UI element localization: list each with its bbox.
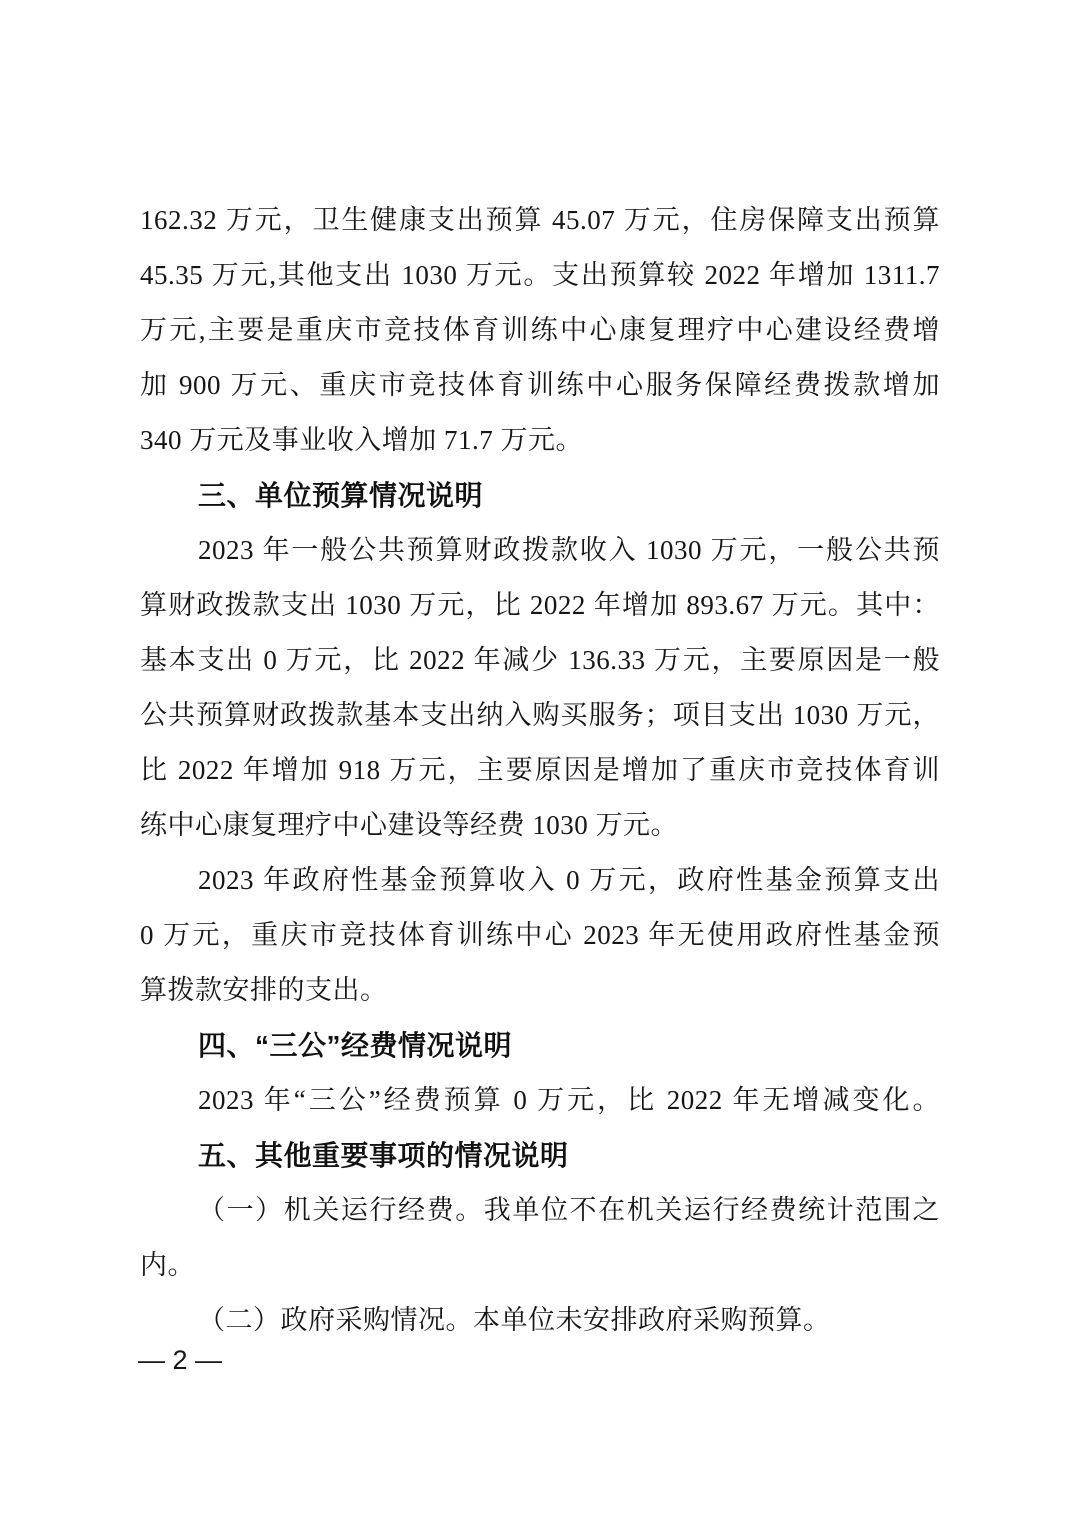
text-line: 算财政拨款支出 1030 万元，比 2022 年增加 893.67 万元。其中： — [140, 578, 940, 633]
text-line: 2023 年“三公”经费预算 0 万元，比 2022 年无增减变化。 — [140, 1073, 940, 1128]
text-line: 练中心康复理疗中心建设等经费 1030 万元。 — [140, 798, 940, 853]
text-line: 比 2022 年增加 918 万元，主要原因是增加了重庆市竞技体育训 — [140, 743, 940, 798]
text-line: （一）机关运行经费。我单位不在机关运行经费统计范围之 — [140, 1183, 940, 1238]
text-line: 2023 年一般公共预算财政拨款收入 1030 万元，一般公共预 — [140, 523, 940, 578]
text-line: （二）政府采购情况。本单位未安排政府采购预算。 — [140, 1293, 940, 1348]
text-line: 基本支出 0 万元，比 2022 年减少 136.33 万元，主要原因是一般 — [140, 633, 940, 688]
page-number: — 2 — — [138, 1338, 222, 1383]
section-heading-5: 五、其他重要事项的情况说明 — [140, 1128, 940, 1183]
text-line: 340 万元及事业收入增加 71.7 万元。 — [140, 413, 940, 468]
document-body: 162.32 万元，卫生健康支出预算 45.07 万元，住房保障支出预算 45.… — [140, 193, 940, 1348]
text-line: 万元,主要是重庆市竞技体育训练中心康复理疗中心建设经费增 — [140, 303, 940, 358]
section-heading-3: 三、单位预算情况说明 — [140, 468, 940, 523]
text-line: 45.35 万元,其他支出 1030 万元。支出预算较 2022 年增加 131… — [140, 248, 940, 303]
section-heading-4: 四、“三公”经费情况说明 — [140, 1018, 940, 1073]
text-line: 内。 — [140, 1238, 940, 1293]
document-page: 162.32 万元，卫生健康支出预算 45.07 万元，住房保障支出预算 45.… — [0, 0, 1074, 1520]
text-line: 算拨款安排的支出。 — [140, 963, 940, 1018]
text-line: 2023 年政府性基金预算收入 0 万元，政府性基金预算支出 — [140, 853, 940, 908]
text-line: 加 900 万元、重庆市竞技体育训练中心服务保障经费拨款增加 — [140, 358, 940, 413]
text-line: 0 万元，重庆市竞技体育训练中心 2023 年无使用政府性基金预 — [140, 908, 940, 963]
text-line: 162.32 万元，卫生健康支出预算 45.07 万元，住房保障支出预算 — [140, 193, 940, 248]
text-line: 公共预算财政拨款基本支出纳入购买服务；项目支出 1030 万元， — [140, 688, 940, 743]
